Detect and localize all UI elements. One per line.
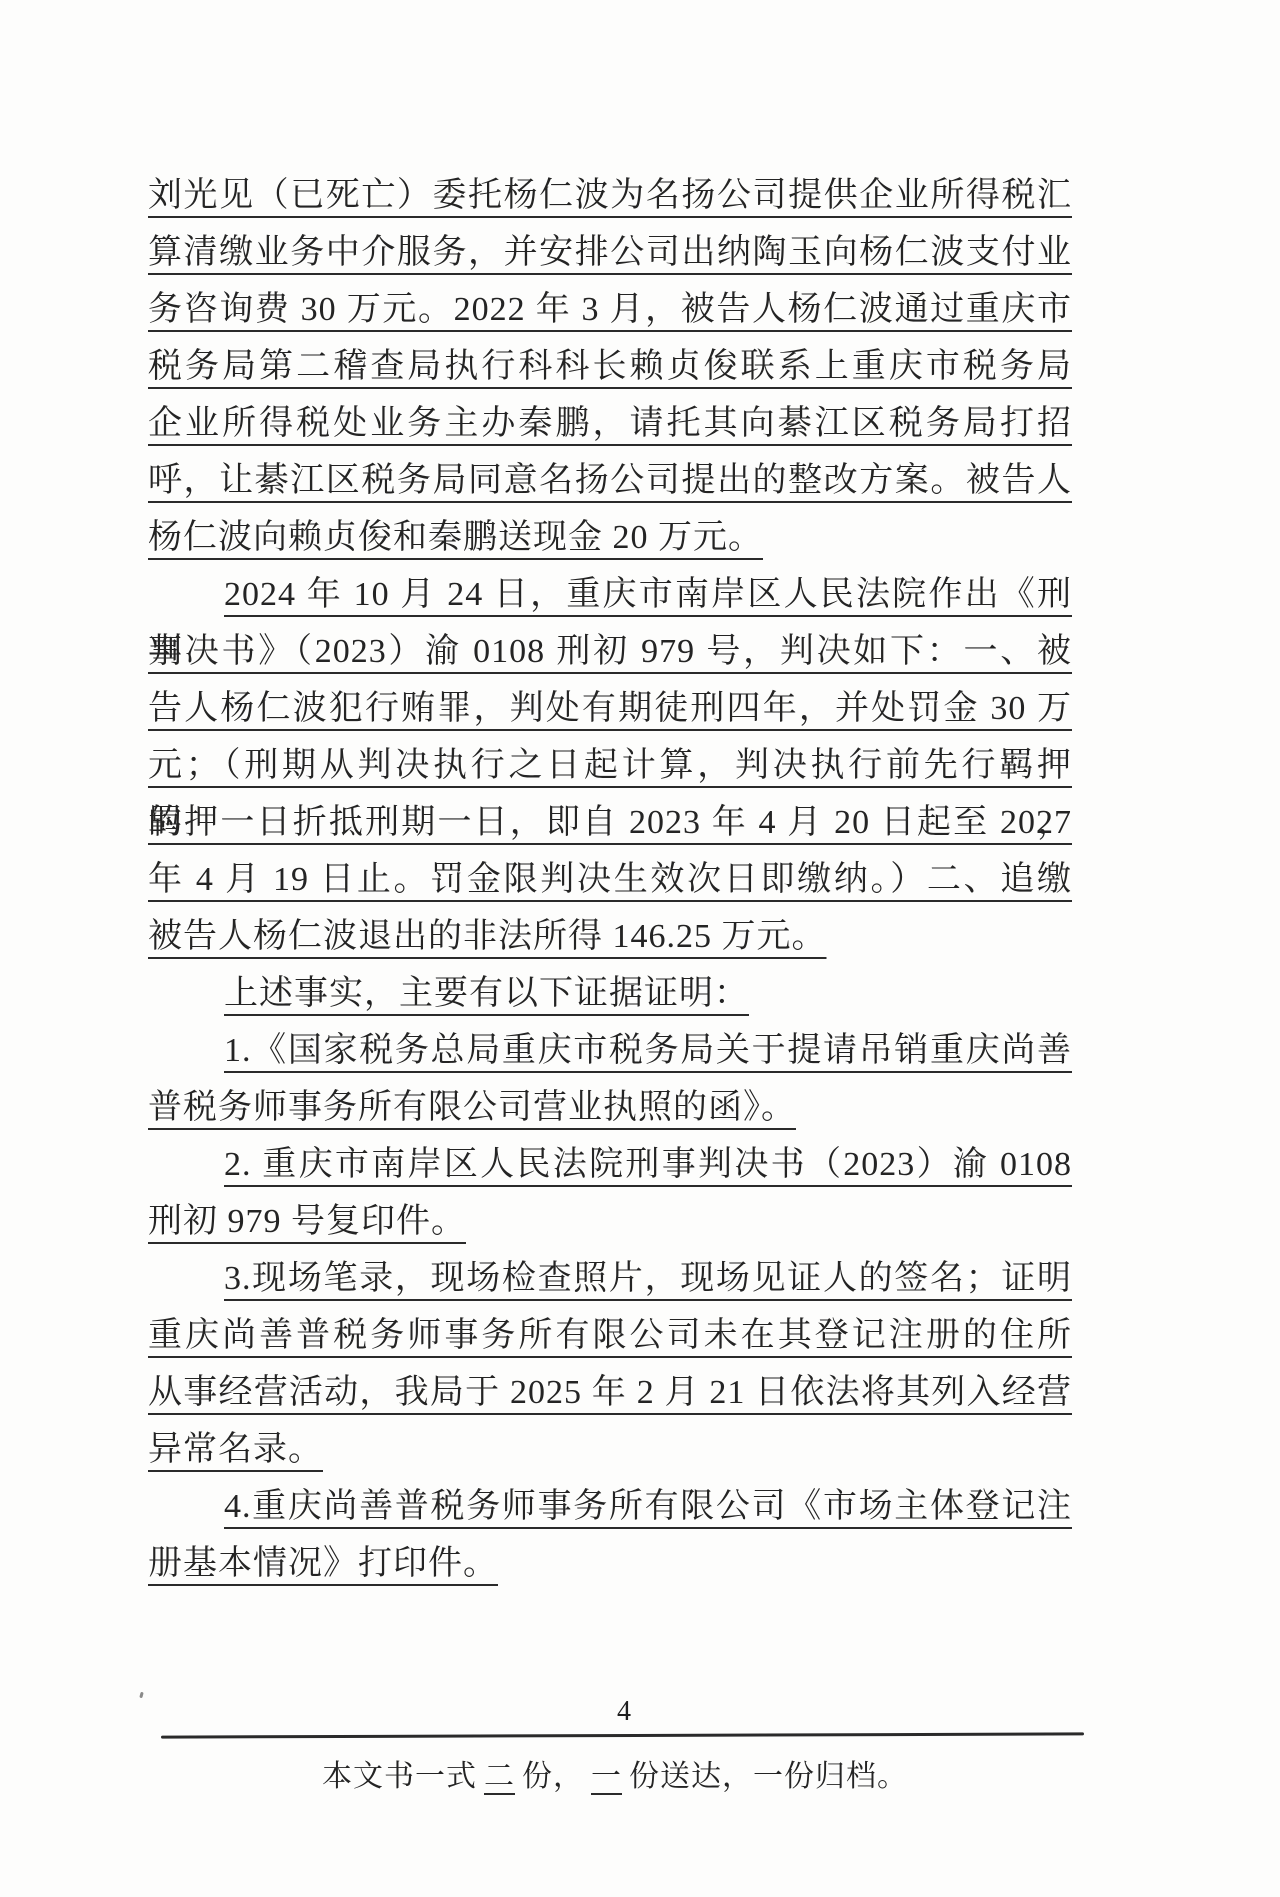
text-line: 1.《国家税务总局重庆市税务局关于提请吊销重庆尚善 — [148, 1022, 1072, 1079]
text-line: 被告人杨仁波退出的非法所得 146.25 万元。 — [148, 908, 1072, 965]
note-text: 本文书一式 — [322, 1760, 477, 1793]
text-line: 2024 年 10 月 24 日，重庆市南岸区人民法院作出《刑事 — [148, 566, 1072, 623]
body-text: 刘光见（已死亡）委托杨仁波为名扬公司提供企业所得税汇算清缴业务中介服务，并安排公… — [148, 167, 1072, 1592]
text-line: 杨仁波向赖贞俊和秦鹏送现金 20 万元。 — [148, 509, 1072, 566]
text-line: 算清缴业务中介服务，并安排公司出纳陶玉向杨仁波支付业 — [148, 224, 1072, 281]
text-line: 年 4 月 19 日止。罚金限判决生效次日即缴纳。）二、追缴 — [148, 851, 1072, 908]
document-page: 刘光见（已死亡）委托杨仁波为名扬公司提供企业所得税汇算清缴业务中介服务，并安排公… — [0, 0, 1280, 1897]
footer-note: 本文书一式二份，一份送达，一份归档。 — [0, 1752, 1255, 1802]
page-number: 4 — [0, 1697, 1264, 1727]
footer-divider — [161, 1732, 1084, 1738]
note-text: 份送达，一份归档。 — [629, 1760, 908, 1793]
text-line: 从事经营活动，我局于 2025 年 2 月 21 日依法将其列入经营 — [148, 1364, 1072, 1421]
blank-fill: 一 — [584, 1760, 629, 1793]
text-line: 2. 重庆市南岸区人民法院刑事判决书（2023）渝 0108 — [148, 1136, 1072, 1193]
text-line: 告人杨仁波犯行贿罪，判处有期徒刑四年，并处罚金 30 万 — [148, 680, 1072, 737]
text-line: 刘光见（已死亡）委托杨仁波为名扬公司提供企业所得税汇 — [148, 167, 1072, 224]
note-text: 份， — [522, 1760, 584, 1793]
text-line: 呼，让綦江区税务局同意名扬公司提出的整改方案。被告人 — [148, 452, 1072, 509]
text-line: 企业所得税处业务主办秦鹏，请托其向綦江区税务局打招 — [148, 395, 1072, 452]
blank-fill: 二 — [477, 1760, 522, 1793]
text-line: 普税务师事务所有限公司营业执照的函》。 — [148, 1079, 1072, 1136]
text-line: 元；（刑期从判决执行之日起计算，判决执行前先行羁押的， — [148, 737, 1072, 794]
text-line: 判决书》（2023）渝 0108 刑初 979 号，判决如下：一、被 — [148, 623, 1072, 680]
text-line: 羁押一日折抵刑期一日，即自 2023 年 4 月 20 日起至 2027 — [148, 794, 1072, 851]
text-line: 异常名录。 — [148, 1421, 1072, 1478]
text-line: 3.现场笔录，现场检查照片，现场见证人的签名；证明 — [148, 1250, 1072, 1307]
text-line: 4.重庆尚善普税务师事务所有限公司《市场主体登记注 — [148, 1478, 1072, 1535]
text-line: 上述事实，主要有以下证据证明： — [148, 965, 1072, 1022]
text-line: 册基本情况》打印件。 — [148, 1535, 1072, 1592]
text-line: 刑初 979 号复印件。 — [148, 1193, 1072, 1250]
text-line: 务咨询费 30 万元。2022 年 3 月，被告人杨仁波通过重庆市 — [148, 281, 1072, 338]
text-line: 税务局第二稽查局执行科科长赖贞俊联系上重庆市税务局 — [148, 338, 1072, 395]
text-line: 重庆尚善普税务师事务所有限公司未在其登记注册的住所 — [148, 1307, 1072, 1364]
